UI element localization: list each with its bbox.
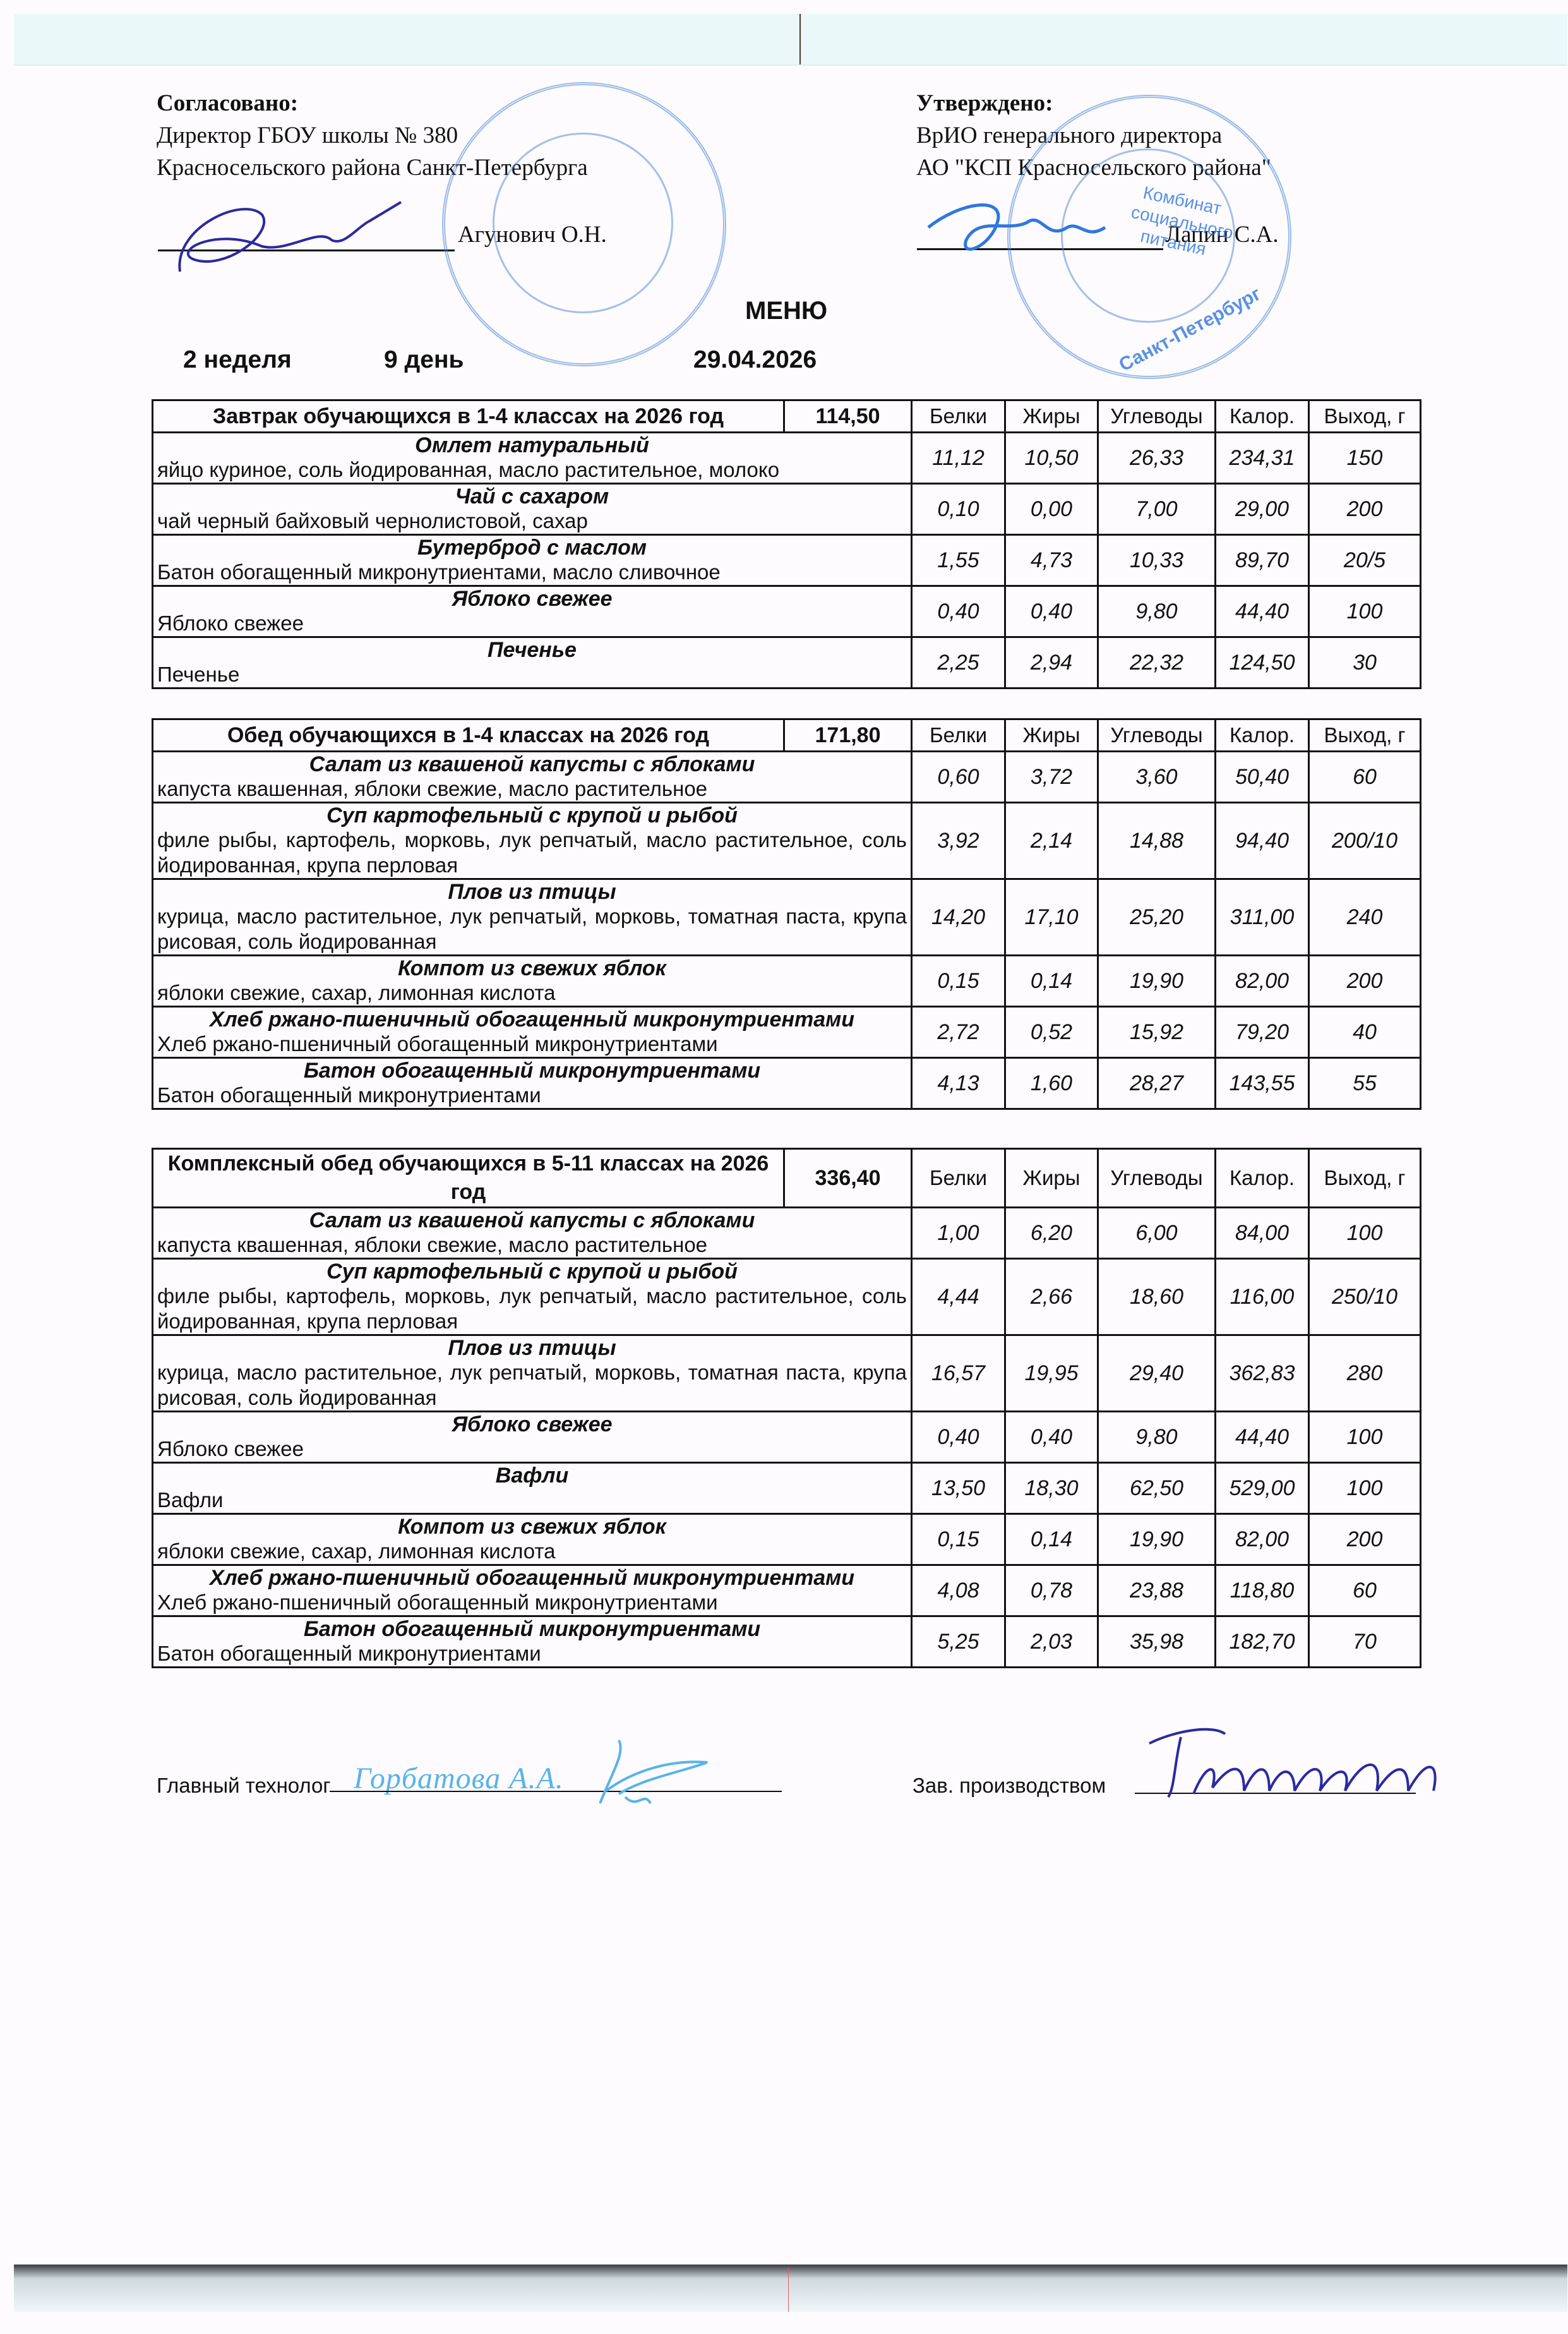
section-title: Завтрак обучающихся в 1-4 классах на 202… [153,400,784,433]
nutrition-value: 0,15 [912,956,1005,1007]
dish-cell: Плов из птицыкурица, масло растительное,… [153,879,912,956]
breakfast-table: Завтрак обучающихся в 1-4 классах на 202… [152,399,1421,689]
dish-name: Суп картофельный с крупой и рыбой [157,803,907,827]
nutrition-value: 143,55 [1216,1058,1309,1109]
dish-composition: курица, масло растительное, лук репчатый… [157,1360,907,1411]
nutrition-value: 240 [1309,879,1421,956]
column-header: Жиры [1005,719,1098,752]
dish-cell: Салат из квашеной капусты с яблокамикапу… [153,1208,912,1259]
nutrition-value: 19,90 [1098,1514,1216,1565]
dish-row: Компот из свежих яблокяблоки свежие, сах… [153,956,1421,1007]
nutrition-value: 116,00 [1216,1259,1309,1335]
dish-row: Чай с сахаромчай черный байховый черноли… [153,484,1421,535]
nutrition-value: 3,92 [912,803,1005,879]
dish-composition: Батон обогащенный микронутриентами, масл… [157,560,907,585]
column-header: Калор. [1216,719,1309,752]
nutrition-value: 311,00 [1216,879,1309,956]
dish-composition: Яблоко свежее [157,1436,907,1462]
nutrition-value: 200 [1309,956,1421,1007]
nutrition-value: 30 [1309,637,1421,689]
nutrition-value: 19,90 [1098,956,1216,1007]
dish-name: Чай с сахаром [157,484,907,508]
dish-name: Вафли [157,1464,907,1488]
nutrition-value: 44,40 [1216,586,1309,637]
nutrition-value: 0,14 [1005,1514,1098,1565]
dish-row: Яблоко свежееЯблоко свежее0,400,409,8044… [153,586,1421,637]
section-price: 171,80 [784,719,912,752]
nutrition-value: 84,00 [1216,1208,1309,1259]
dish-cell: Омлет натуральныйяйцо куриное, соль йоди… [153,433,912,484]
dish-name: Яблоко свежее [157,1412,907,1436]
nutrition-value: 1,55 [912,535,1005,586]
dish-name: Батон обогащенный микронутриентами [157,1059,907,1083]
dish-cell: ПеченьеПеченье [153,637,912,689]
column-header: Белки [912,719,1005,752]
nutrition-value: 6,20 [1005,1208,1098,1259]
nutrition-value: 0,40 [1005,1412,1098,1463]
dish-composition: яйцо куриное, соль йодированная, масло р… [157,457,907,483]
nutrition-value: 29,40 [1098,1335,1216,1412]
nutrition-value: 11,12 [912,433,1005,484]
dish-name: Омлет натуральный [157,433,907,457]
nutrition-value: 250/10 [1309,1259,1421,1335]
nutrition-value: 62,50 [1098,1463,1216,1514]
nutrition-value: 4,73 [1005,535,1098,586]
nutrition-value: 82,00 [1216,1514,1309,1565]
nutrition-value: 89,70 [1216,535,1309,586]
dish-row: Плов из птицыкурица, масло растительное,… [153,879,1421,956]
nutrition-value: 2,03 [1005,1616,1098,1668]
nutrition-value: 25,20 [1098,879,1216,956]
dish-composition: капуста квашенная, яблоки свежие, масло … [157,1232,907,1258]
nutrition-value: 9,80 [1098,1412,1216,1463]
nutrition-value: 15,92 [1098,1007,1216,1058]
column-header: Углеводы [1098,719,1216,752]
nutrition-value: 94,40 [1216,803,1309,879]
dish-cell: Хлеб ржано-пшеничный обогащенный микрону… [153,1565,912,1616]
nutrition-value: 6,00 [1098,1208,1216,1259]
nutrition-value: 0,10 [912,484,1005,535]
dish-cell: Бутерброд с масломБатон обогащенный микр… [153,535,912,586]
column-header: Калор. [1216,1149,1309,1208]
nutrition-value: 200/10 [1309,803,1421,879]
dish-composition: яблоки свежие, сахар, лимонная кислота [157,1539,907,1564]
nutrition-value: 55 [1309,1058,1421,1109]
nutrition-value: 16,57 [912,1335,1005,1412]
dish-row: Яблоко свежееЯблоко свежее0,400,409,8044… [153,1412,1421,1463]
nutrition-value: 14,88 [1098,803,1216,879]
nutrition-value: 60 [1309,1565,1421,1616]
dish-cell: Суп картофельный с крупой и рыбойфиле ры… [153,1259,912,1335]
day-label: 9 день [384,346,464,374]
nutrition-value: 29,00 [1216,484,1309,535]
dish-row: Салат из квашеной капусты с яблокамикапу… [153,752,1421,803]
dish-row: ПеченьеПеченье2,252,9422,32124,5030 [153,637,1421,689]
dish-composition: Хлеб ржано-пшеничный обогащенный микрону… [157,1032,907,1057]
school-stamp-inner-ring [493,133,673,313]
nutrition-value: 17,10 [1005,879,1098,956]
nutrition-value: 79,20 [1216,1007,1309,1058]
dish-composition: Батон обогащенный микронутриентами [157,1083,907,1108]
nutrition-value: 0,15 [912,1514,1005,1565]
dish-name: Плов из птицы [157,1336,907,1360]
section-header-row: Завтрак обучающихся в 1-4 классах на 202… [153,400,1421,433]
nutrition-value: 7,00 [1098,484,1216,535]
dish-row: Суп картофельный с крупой и рыбойфиле ры… [153,803,1421,879]
nutrition-value: 2,25 [912,637,1005,689]
nutrition-value: 0,52 [1005,1007,1098,1058]
production-head-label: Зав. производством [913,1774,1106,1798]
column-header: Калор. [1216,400,1309,433]
dish-composition: Вафли [157,1488,907,1513]
dish-row: Омлет натуральныйяйцо куриное, соль йоди… [153,433,1421,484]
approved-signature [922,189,1130,265]
dish-cell: Батон обогащенный микронутриентамиБатон … [153,1058,912,1109]
dish-name: Хлеб ржано-пшеничный обогащенный микрону… [157,1008,907,1032]
production-head-signature [1137,1718,1465,1807]
column-header: Выход, г [1309,1149,1421,1208]
nutrition-value: 35,98 [1098,1616,1216,1668]
dish-row: Компот из свежих яблокяблоки свежие, сах… [153,1514,1421,1565]
nutrition-value: 2,14 [1005,803,1098,879]
dish-name: Компот из свежих яблок [157,956,907,980]
nutrition-value: 1,00 [912,1208,1005,1259]
nutrition-value: 10,50 [1005,433,1098,484]
dish-name: Салат из квашеной капусты с яблоками [157,752,907,776]
nutrition-value: 70 [1309,1616,1421,1668]
section-price: 114,50 [784,400,912,433]
dish-row: Батон обогащенный микронутриентамиБатон … [153,1058,1421,1109]
dish-row: Хлеб ржано-пшеничный обогащенный микрону… [153,1565,1421,1616]
dish-composition: филе рыбы, картофель, морковь, лук репча… [157,1284,907,1334]
nutrition-value: 19,95 [1005,1335,1098,1412]
nutrition-value: 28,27 [1098,1058,1216,1109]
nutrition-value: 0,40 [1005,586,1098,637]
scanner-edge-top [14,14,1567,66]
nutrition-value: 234,31 [1216,433,1309,484]
dish-composition: курица, масло растительное, лук репчатый… [157,904,907,954]
dish-cell: ВафлиВафли [153,1463,912,1514]
scanner-edge-bottom [14,2265,1567,2312]
nutrition-value: 82,00 [1216,956,1309,1007]
week-label: 2 неделя [183,346,292,374]
nutrition-value: 0,00 [1005,484,1098,535]
dish-cell: Чай с сахаромчай черный байховый черноли… [153,484,912,535]
nutrition-value: 22,32 [1098,637,1216,689]
column-header: Выход, г [1309,719,1421,752]
dish-composition: чай черный байховый чернолистовой, сахар [157,508,907,534]
section-title: Обед обучающихся в 1-4 классах на 2026 г… [153,719,784,752]
dish-composition: Печенье [157,662,907,687]
nutrition-value: 182,70 [1216,1616,1309,1668]
nutrition-value: 124,50 [1216,637,1309,689]
dish-name: Печенье [157,638,907,662]
dish-composition: яблоки свежие, сахар, лимонная кислота [157,980,907,1006]
dish-row: Хлеб ржано-пшеничный обогащенный микрону… [153,1007,1421,1058]
dish-composition: капуста квашенная, яблоки свежие, масло … [157,776,907,802]
dish-composition: Батон обогащенный микронутриентами [157,1641,907,1666]
column-header: Жиры [1005,1149,1098,1208]
dish-row: Бутерброд с масломБатон обогащенный микр… [153,535,1421,586]
nutrition-value: 0,60 [912,752,1005,803]
nutrition-value: 44,40 [1216,1412,1309,1463]
nutrition-value: 200 [1309,484,1421,535]
dish-name: Батон обогащенный микронутриентами [157,1617,907,1641]
dish-cell: Яблоко свежееЯблоко свежее [153,586,912,637]
dish-cell: Суп картофельный с крупой и рыбойфиле ры… [153,803,912,879]
nutrition-value: 26,33 [1098,433,1216,484]
nutrition-value: 4,13 [912,1058,1005,1109]
nutrition-value: 23,88 [1098,1565,1216,1616]
dish-row: Суп картофельный с крупой и рыбойфиле ры… [153,1259,1421,1335]
dish-composition: филе рыбы, картофель, морковь, лук репча… [157,827,907,878]
nutrition-value: 14,20 [912,879,1005,956]
nutrition-value: 362,83 [1216,1335,1309,1412]
nutrition-value: 2,66 [1005,1259,1098,1335]
nutrition-value: 5,25 [912,1616,1005,1668]
section-title: Комплексный обед обучающихся в 5-11 клас… [153,1149,784,1208]
nutrition-value: 20/5 [1309,535,1421,586]
column-header: Выход, г [1309,400,1421,433]
dish-name: Хлеб ржано-пшеничный обогащенный микрону… [157,1566,907,1590]
nutrition-value: 0,14 [1005,956,1098,1007]
column-header: Углеводы [1098,400,1216,433]
dish-name: Плов из птицы [157,880,907,904]
dish-row: Салат из квашеной капусты с яблокамикапу… [153,1208,1421,1259]
nutrition-value: 60 [1309,752,1421,803]
dish-cell: Плов из птицыкурица, масло растительное,… [153,1335,912,1412]
nutrition-value: 100 [1309,586,1421,637]
dish-cell: Компот из свежих яблокяблоки свежие, сах… [153,1514,912,1565]
dish-name: Салат из квашеной капусты с яблоками [157,1208,907,1232]
nutrition-value: 200 [1309,1514,1421,1565]
nutrition-value: 3,60 [1098,752,1216,803]
nutrition-value: 4,08 [912,1565,1005,1616]
dish-cell: Салат из квашеной капусты с яблокамикапу… [153,752,912,803]
nutrition-value: 9,80 [1098,586,1216,637]
nutrition-value: 0,78 [1005,1565,1098,1616]
technologist-signature [581,1734,745,1816]
nutrition-value: 2,94 [1005,637,1098,689]
menu-date: 29.04.2026 [693,346,817,374]
nutrition-value: 0,40 [912,586,1005,637]
technologist-label: Главный технолог [157,1774,330,1798]
fold-line [799,14,801,64]
nutrition-value: 10,33 [1098,535,1216,586]
nutrition-value: 100 [1309,1412,1421,1463]
dish-name: Яблоко свежее [157,587,907,611]
column-header: Белки [912,1149,1005,1208]
nutrition-value: 100 [1309,1463,1421,1514]
dish-cell: Яблоко свежееЯблоко свежее [153,1412,912,1463]
nutrition-value: 3,72 [1005,752,1098,803]
nutrition-value: 50,40 [1216,752,1309,803]
agreed-signature [167,189,407,278]
dish-name: Бутерброд с маслом [157,536,907,560]
dish-name: Суп картофельный с крупой и рыбой [157,1260,907,1284]
nutrition-value: 13,50 [912,1463,1005,1514]
dish-composition: Яблоко свежее [157,611,907,636]
column-header: Углеводы [1098,1149,1216,1208]
nutrition-value: 529,00 [1216,1463,1309,1514]
column-header: Жиры [1005,400,1098,433]
nutrition-value: 118,80 [1216,1565,1309,1616]
dish-row: Батон обогащенный микронутриентамиБатон … [153,1616,1421,1668]
dish-cell: Хлеб ржано-пшеничный обогащенный микрону… [153,1007,912,1058]
section-header-row: Комплексный обед обучающихся в 5-11 клас… [153,1149,1421,1208]
nutrition-value: 0,40 [912,1412,1005,1463]
nutrition-value: 280 [1309,1335,1421,1412]
dish-row: ВафлиВафли13,5018,3062,50529,00100 [153,1463,1421,1514]
nutrition-value: 2,72 [912,1007,1005,1058]
nutrition-value: 1,60 [1005,1058,1098,1109]
fold-line-bottom [788,2268,789,2312]
nutrition-value: 150 [1309,433,1421,484]
nutrition-value: 40 [1309,1007,1421,1058]
section-price: 336,40 [784,1149,912,1208]
menu-title: МЕНЮ [745,297,827,325]
lunch-5-11-table: Комплексный обед обучающихся в 5-11 клас… [152,1148,1421,1668]
dish-cell: Батон обогащенный микронутриентамиБатон … [153,1616,912,1668]
nutrition-value: 18,30 [1005,1463,1098,1514]
column-header: Белки [912,400,1005,433]
section-header-row: Обед обучающихся в 1-4 классах на 2026 г… [153,719,1421,752]
dish-name: Компот из свежих яблок [157,1515,907,1539]
dish-cell: Компот из свежих яблокяблоки свежие, сах… [153,956,912,1007]
dish-row: Плов из птицыкурица, масло растительное,… [153,1335,1421,1412]
nutrition-value: 18,60 [1098,1259,1216,1335]
nutrition-value: 100 [1309,1208,1421,1259]
nutrition-value: 4,44 [912,1259,1005,1335]
dish-composition: Хлеб ржано-пшеничный обогащенный микрону… [157,1590,907,1615]
lunch-1-4-table: Обед обучающихся в 1-4 классах на 2026 г… [152,718,1421,1110]
